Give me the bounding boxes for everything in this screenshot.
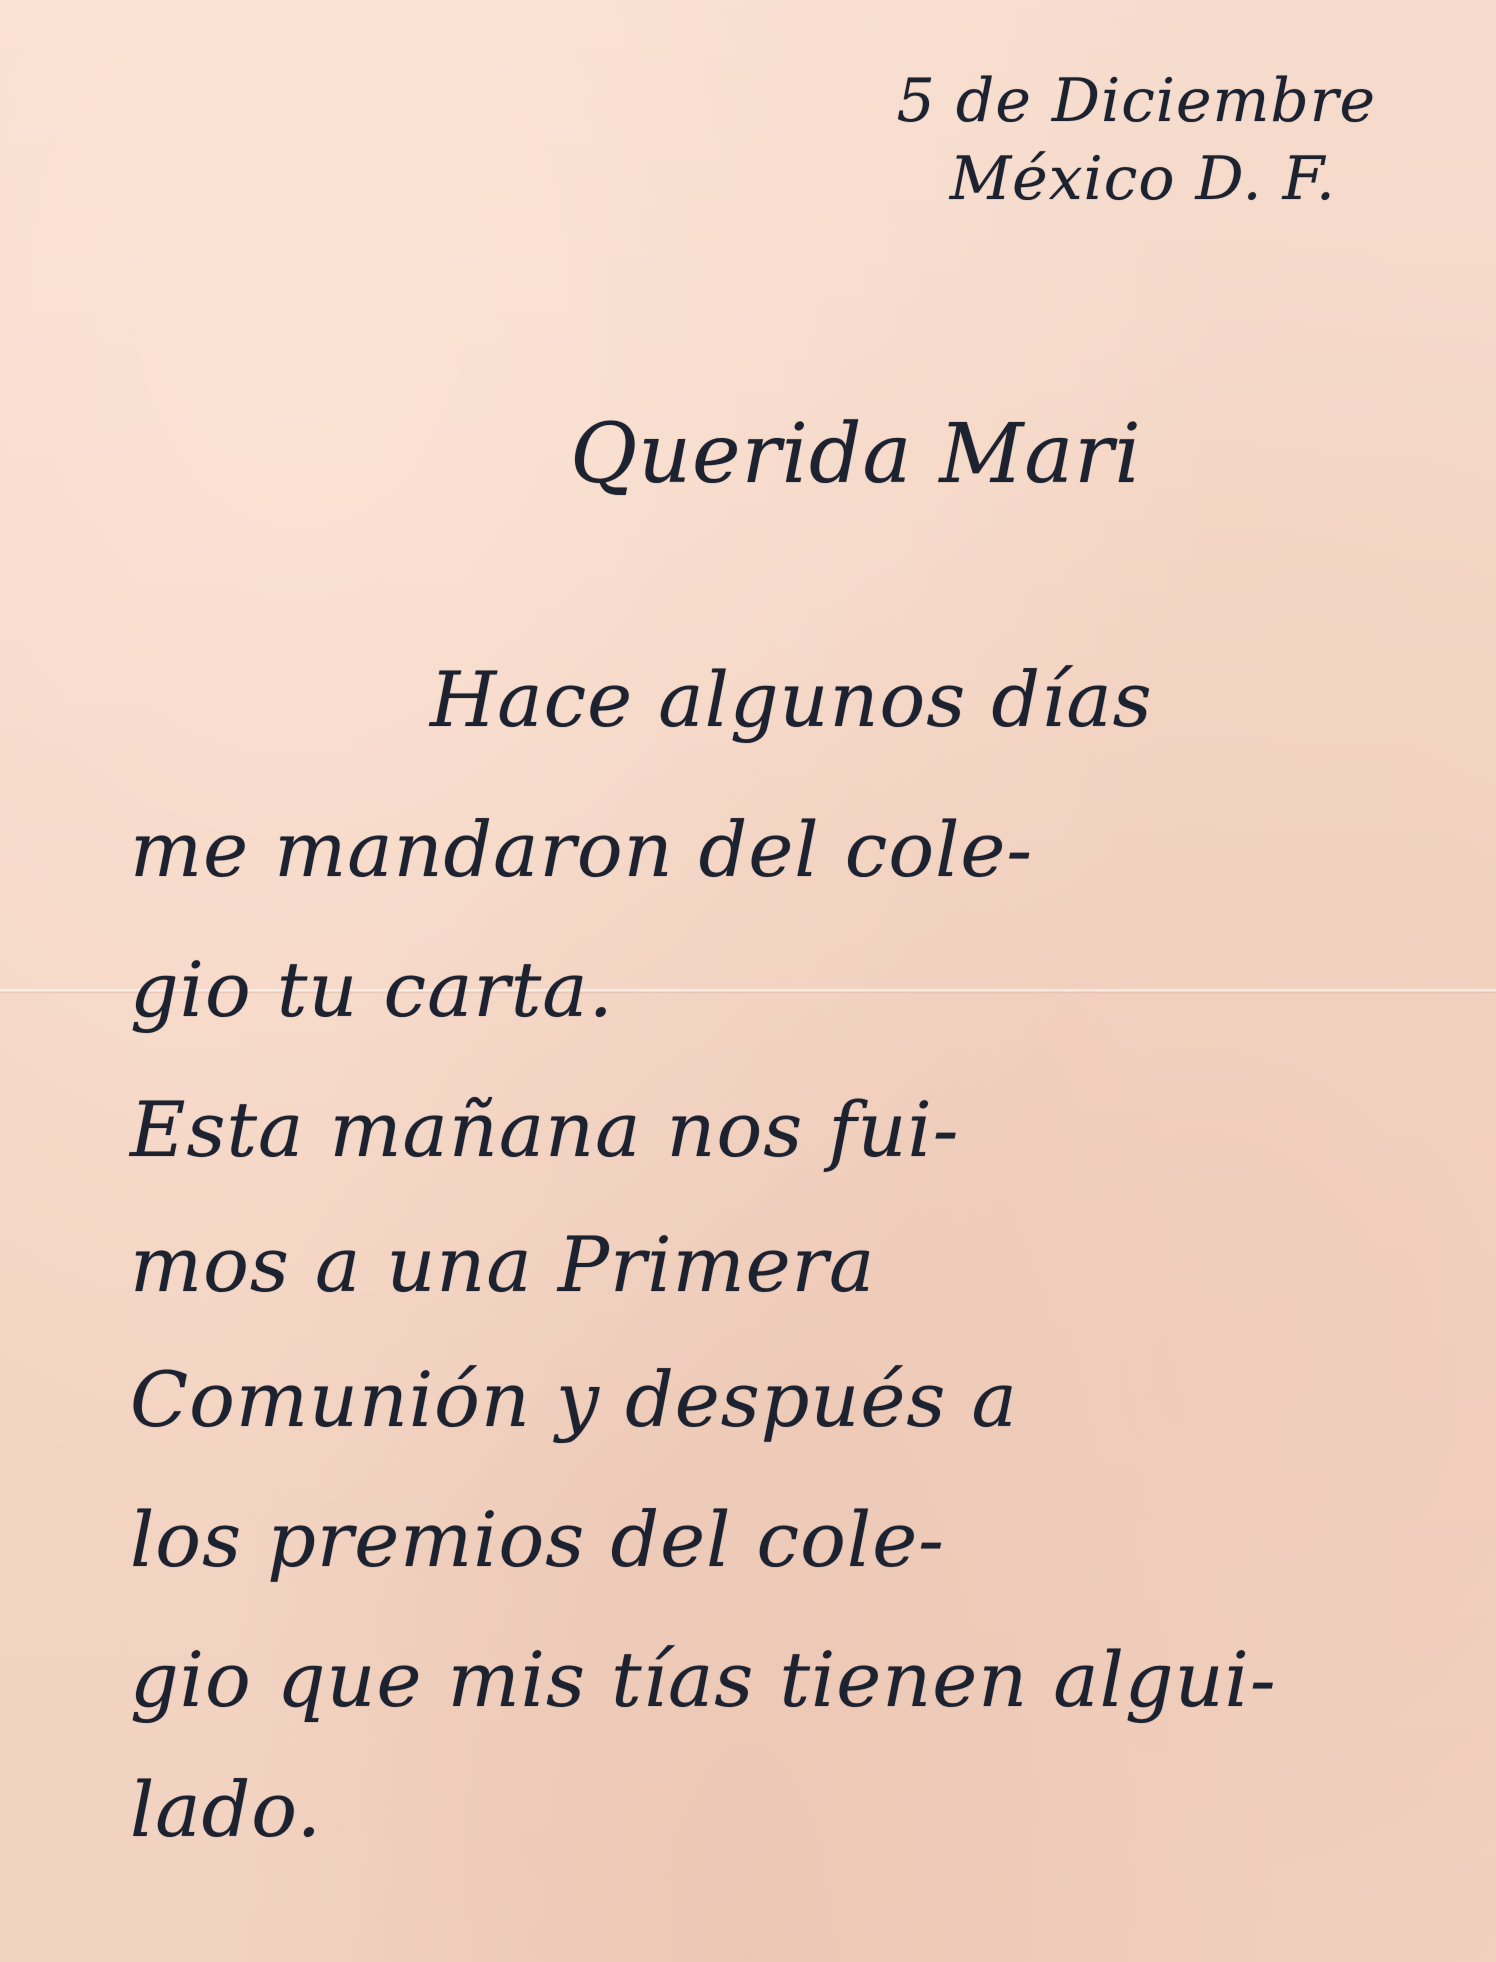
letter-line-6: Comunión y después a bbox=[130, 1355, 1018, 1444]
letter-page: 5 de Diciembre México D. F. Querida Mari… bbox=[0, 0, 1496, 1962]
letter-line-2: me mandaron del cole- bbox=[130, 805, 1033, 894]
letter-line-3: gio tu carta. bbox=[130, 945, 614, 1034]
letter-date: 5 de Diciembre bbox=[897, 66, 1376, 136]
letter-place: México D. F. bbox=[897, 140, 1336, 218]
letter-line-8: gio que mis tías tienen algui- bbox=[130, 1635, 1277, 1724]
letter-line-1: Hace algunos días bbox=[430, 655, 1153, 744]
letter-line-5: mos a una Primera bbox=[130, 1220, 875, 1309]
letter-salutation: Querida Mari bbox=[570, 400, 1142, 510]
letter-date-block: 5 de Diciembre México D. F. bbox=[897, 62, 1376, 218]
letter-line-7: los premios del cole- bbox=[130, 1495, 945, 1584]
letter-line-9: lado. bbox=[130, 1765, 322, 1854]
letter-line-4: Esta mañana nos fui- bbox=[130, 1085, 959, 1174]
